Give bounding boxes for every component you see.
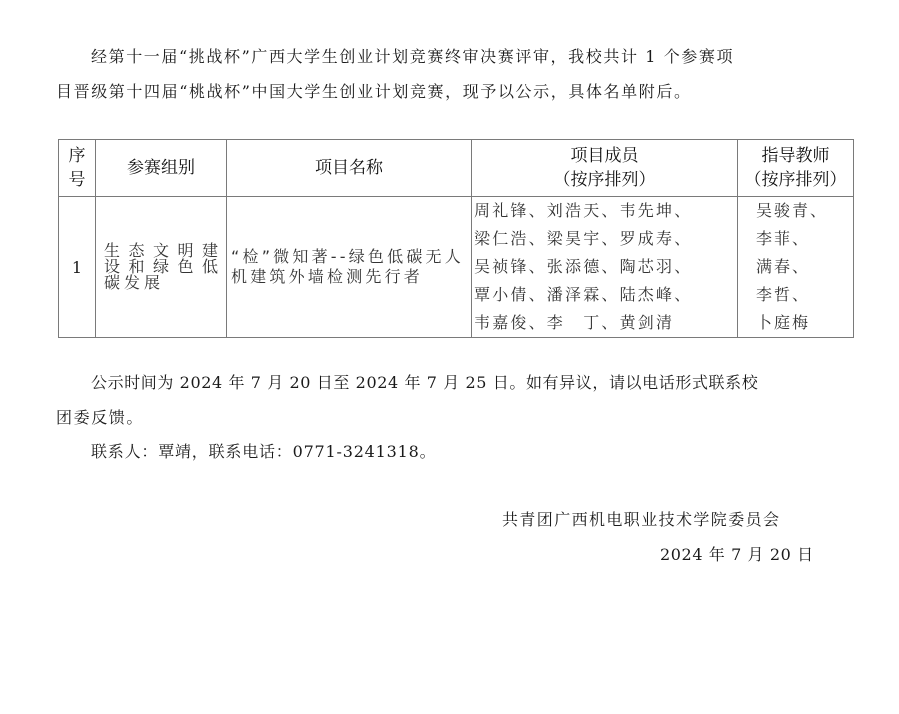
table-header-row: 序 号 参赛组别 项目名称 项目成员 （按序排列） 指导教师 （按序排列） bbox=[59, 140, 854, 197]
header-seq-line-2: 号 bbox=[59, 168, 95, 192]
cell-teachers: 吴骏青、 李菲、 满春、 李哲、 卜庭梅 bbox=[738, 197, 854, 338]
header-members-line-2: （按序排列） bbox=[472, 168, 737, 192]
header-project-name: 项目名称 bbox=[227, 140, 472, 197]
header-teachers-line-2: （按序排列） bbox=[738, 168, 853, 192]
intro-line-1: 经第十一届“挑战杯”广西大学生创业计划竞赛终审决赛评审，我校共计 1 个参赛项 bbox=[91, 47, 734, 67]
member-line: 吴祯锋、张添德、陶芯羽、 bbox=[474, 253, 737, 281]
teacher-line: 李哲、 bbox=[756, 281, 853, 309]
teacher-line: 吴骏青、 bbox=[756, 197, 853, 225]
contact-line: 联系人：覃靖，联系电话：0771-3241318。 bbox=[91, 442, 436, 462]
table-row: 1 生态文明建设和绿色低碳发展 “检”微知著--绿色低碳无人机建筑外墙检测先行者… bbox=[59, 197, 854, 338]
header-members: 项目成员 （按序排列） bbox=[472, 140, 738, 197]
header-members-line-1: 项目成员 bbox=[472, 144, 737, 168]
member-line: 覃小倩、潘泽霖、陆杰峰、 bbox=[474, 281, 737, 309]
header-seq-line-1: 序 bbox=[59, 144, 95, 168]
project-table: 序 号 参赛组别 项目名称 项目成员 （按序排列） 指导教师 （按序排列） 1 … bbox=[58, 139, 854, 338]
signature-date: 2024 年 7 月 20 日 bbox=[660, 545, 814, 565]
member-line: 韦嘉俊、李 丁、黄剑清 bbox=[474, 309, 737, 337]
header-seq: 序 号 bbox=[59, 140, 96, 197]
member-line: 周礼锋、刘浩天、韦先坤、 bbox=[474, 197, 737, 225]
signature-organization: 共青团广西机电职业技术学院委员会 bbox=[502, 510, 780, 530]
cell-seq: 1 bbox=[59, 197, 96, 338]
header-teachers-line-1: 指导教师 bbox=[738, 144, 853, 168]
header-group: 参赛组别 bbox=[96, 140, 227, 197]
teacher-line: 李菲、 bbox=[756, 225, 853, 253]
teacher-line: 满春、 bbox=[756, 253, 853, 281]
notice-line-1: 公示时间为 2024 年 7 月 20 日至 2024 年 7 月 25 日。如… bbox=[91, 373, 758, 393]
member-line: 梁仁浩、梁昊宇、罗成寿、 bbox=[474, 225, 737, 253]
notice-line-2: 团委反馈。 bbox=[56, 408, 144, 428]
teacher-line: 卜庭梅 bbox=[756, 309, 853, 337]
header-teachers: 指导教师 （按序排列） bbox=[738, 140, 854, 197]
cell-group: 生态文明建设和绿色低碳发展 bbox=[96, 197, 227, 338]
cell-members: 周礼锋、刘浩天、韦先坤、 梁仁浩、梁昊宇、罗成寿、 吴祯锋、张添德、陶芯羽、 覃… bbox=[472, 197, 738, 338]
cell-project-name: “检”微知著--绿色低碳无人机建筑外墙检测先行者 bbox=[227, 197, 472, 338]
intro-line-2: 目晋级第十四届“桃战杯”中国大学生创业计划竞赛，现予以公示，具体名单附后。 bbox=[56, 82, 692, 102]
